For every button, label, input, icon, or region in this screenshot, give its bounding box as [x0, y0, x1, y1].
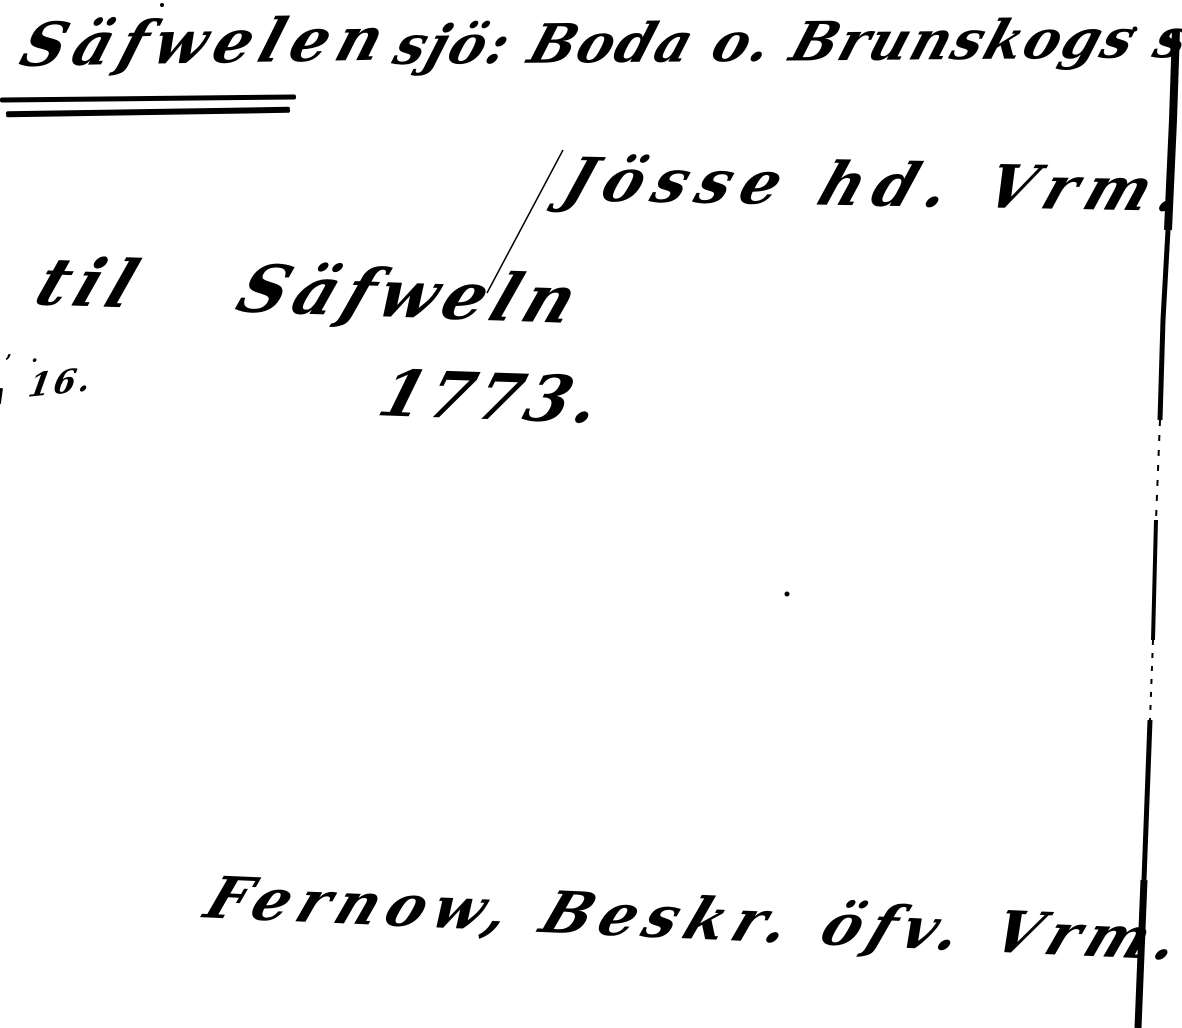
entry-line-text: sjö: Boda o. Brunskogs snr.: [388, 10, 1182, 72]
reference-line-text: til Säfweln: [28, 249, 593, 333]
handwritten-index-card: Säfwelen sjö: Boda o. Brunskogs snr. Jös…: [0, 0, 1182, 1028]
district-line-text: Jösse hd. Vrm.: [556, 150, 1182, 221]
headword-text: Säfwelen: [14, 9, 399, 76]
ink-speck: [0, 388, 3, 404]
citation-text: Fernow, Beskr. öfv. Vrm.: [198, 869, 1182, 969]
ink-speck: [785, 592, 790, 597]
headword-underline-bottom: [6, 107, 290, 117]
year-text: 1773.: [372, 363, 610, 434]
margin-number-text: 16.: [26, 362, 96, 402]
ink-speck: [160, 3, 164, 7]
headword-underline-top: [0, 94, 296, 102]
